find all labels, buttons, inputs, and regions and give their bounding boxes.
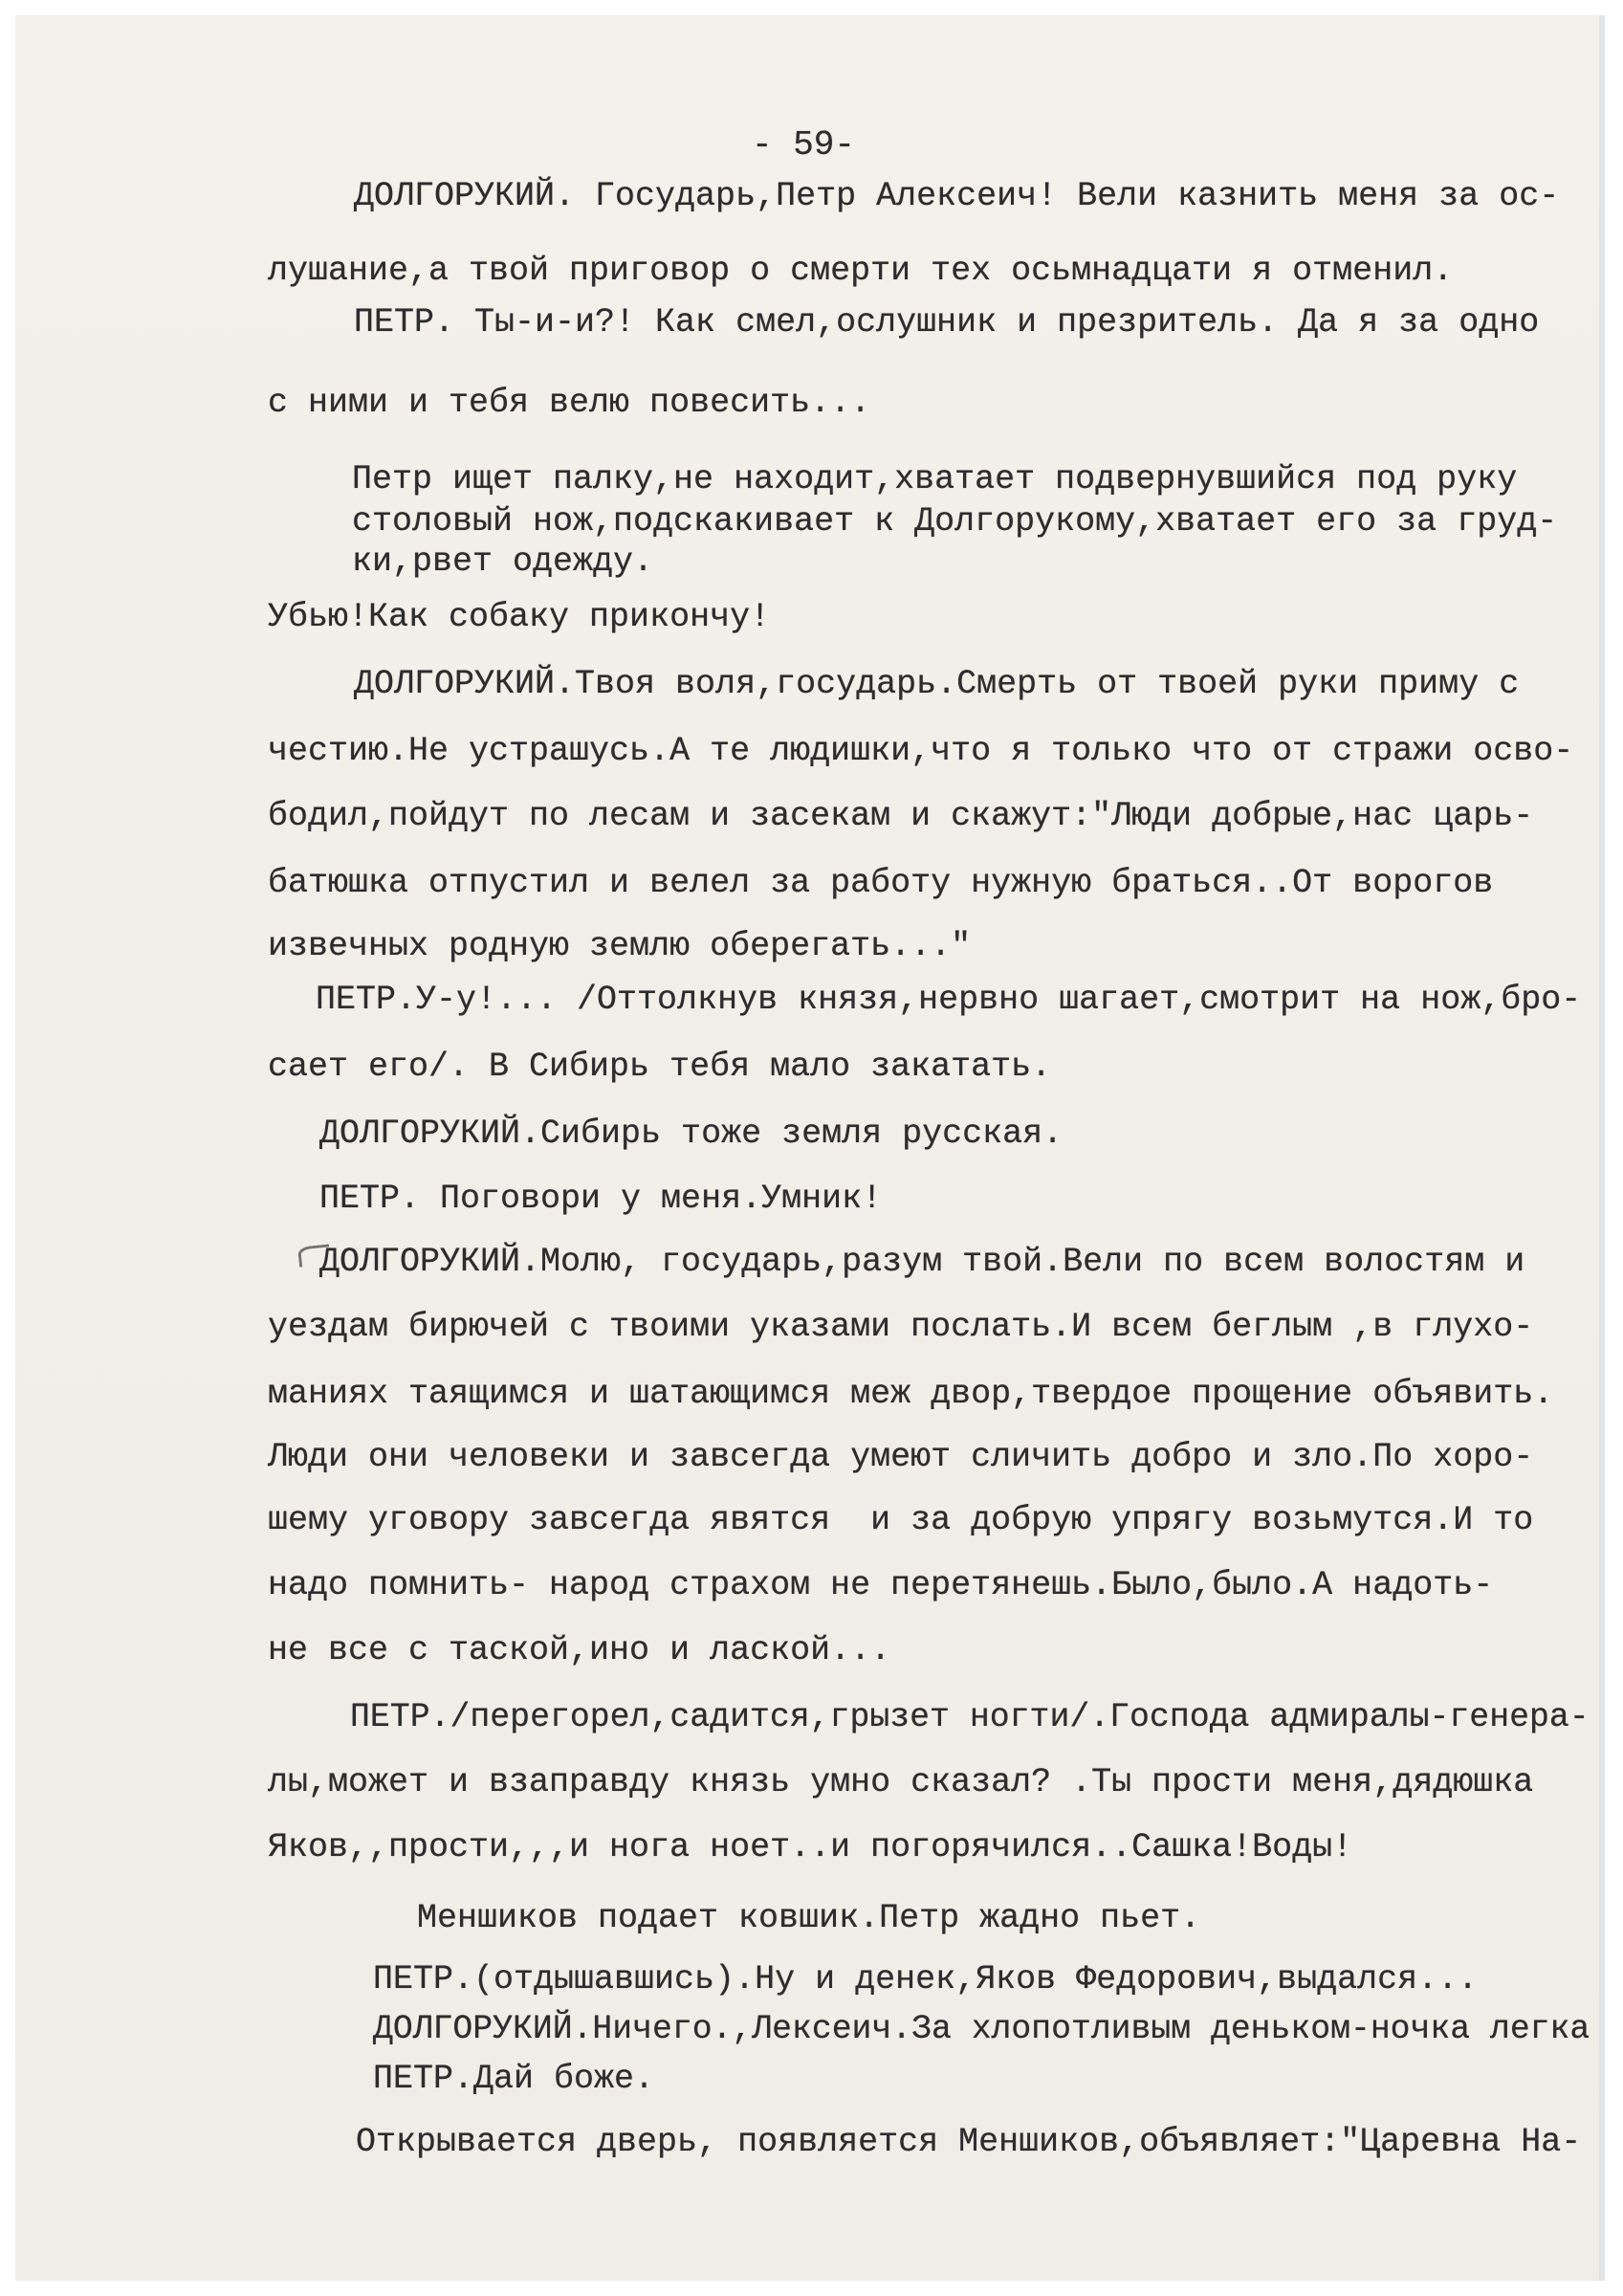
typewritten-page: - 59- ДОЛГОРУКИЙ. Государь,Петр Алексеич… (15, 15, 1605, 2281)
text-line: извечных родную землю оберегать..." (268, 930, 971, 963)
text-line: ДОЛГОРУКИЙ.Сибирь тоже земля русская. (319, 1117, 1063, 1151)
text-line: Убью!Как собаку прикончу! (268, 601, 770, 634)
text-line: бодил,пойдут по лесам и засекам и скажут… (268, 800, 1533, 833)
text-line: столовый нож,подскакивает к Долгорукому,… (352, 505, 1557, 539)
text-line: маниях таящимся и шатающимся меж двор,тв… (268, 1378, 1553, 1411)
text-line: ПЕТР.У-у!... /Оттолкнув князя,нервно шаг… (316, 983, 1581, 1017)
text-line: ПЕТР. Ты-и-и?! Как смел,ослушник и презр… (354, 306, 1539, 340)
text-line: батюшка отпустил и велел за работу нужну… (268, 867, 1493, 900)
text-line: сает его/. В Сибирь тебя мало закатать. (268, 1050, 1051, 1084)
text-line: Петр ищет палку,не находит,хватает подве… (352, 463, 1517, 497)
text-line: Яков,,прости,,,и нога ноет..и погорячилс… (268, 1831, 1352, 1865)
text-line: ДОЛГОРУКИЙ. Государь,Петр Алексеич! Вели… (354, 180, 1559, 213)
text-line: надо помнить- народ страхом не перетянеш… (268, 1569, 1493, 1602)
text-line: ки,рвет одежду. (352, 545, 653, 579)
text-line: с ними и тебя велю повесить... (268, 386, 870, 420)
text-line: ПЕТР.(отдышавшись).Ну и денек,Яков Федор… (373, 1963, 1478, 1997)
text-line: лы,может и взаправду князь умно сказал? … (268, 1766, 1533, 1799)
text-line: ДОЛГОРУКИЙ.Твоя воля,государь.Смерть от … (354, 668, 1519, 701)
text-line: лушание,а твой приговор о смерти тех ось… (268, 254, 1453, 288)
text-line: Меншиков подает ковшик.Петр жадно пьет. (417, 1902, 1200, 1935)
text-line: Открывается дверь, появляется Меншиков,о… (356, 2126, 1581, 2159)
text-line: шему уговору завсегда явятся и за добрую… (268, 1504, 1533, 1537)
page-number: - 59- (752, 128, 855, 163)
text-line: ПЕТР./перегорел,садится,грызет ногти/.Го… (350, 1701, 1590, 1734)
text-line: ПЕТР. Поговори у меня.Умник! (319, 1182, 882, 1216)
text-line: ДОЛГОРУКИЙ.Молю, государь,разум твой.Вел… (319, 1246, 1524, 1279)
text-line: уездам бирючей с твоими указами послать.… (268, 1311, 1533, 1344)
text-line: ДОЛГОРУКИЙ.Ничего.,Лексеич.За хлопотливы… (373, 2013, 1590, 2046)
text-line: честию.Не устрашусь.А те людишки,что я т… (268, 735, 1573, 768)
text-line: Люди они человеки и завсегда умеют сличи… (268, 1441, 1533, 1474)
text-line: ПЕТР.Дай боже. (373, 2063, 654, 2096)
text-line: не все с таской,ино и лаской... (268, 1634, 890, 1667)
